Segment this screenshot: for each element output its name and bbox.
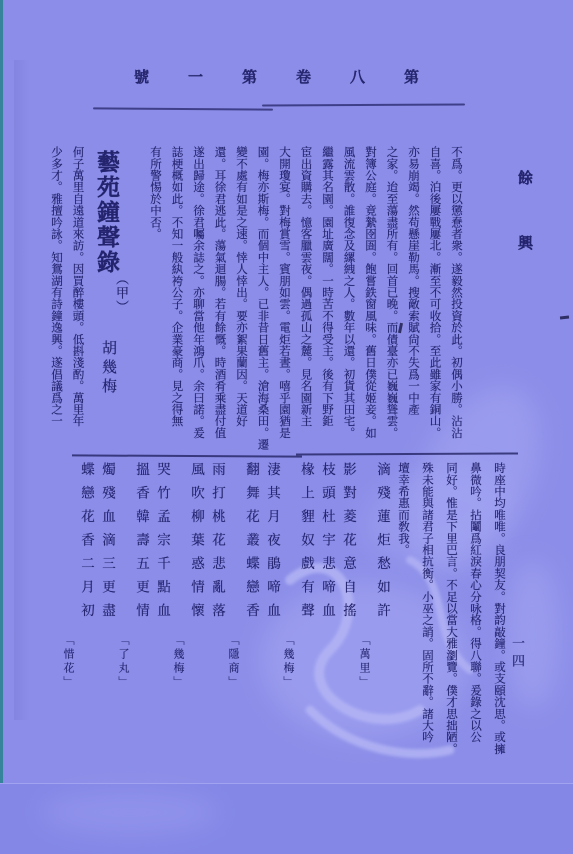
scan-speck <box>560 316 569 320</box>
paper-stain <box>505 560 560 710</box>
text-column: 之家。迨至蕩盡所有。回首已晚。而債臺亦已巍巍聳雲。 <box>381 146 403 450</box>
issue-header: 號一第卷八第 <box>134 66 458 87</box>
couplet-line: 影對菱花意自搖 <box>337 462 358 754</box>
text-column: 對簿公庭。竟縶囹圄。飽嘗鉄窗風味。舊日僕從姬妾。如 <box>360 146 382 450</box>
text-column: 時座中均唯唯。良朋契友。對韵敲鐘。或支頤沈思。或擁 <box>488 462 512 754</box>
couplet-attribution: 「幾梅」 <box>282 462 295 754</box>
text-column: 繼露其名園。園址廣闊。一時苦不得受主。後有下野鉅 <box>317 146 339 450</box>
paper-stain <box>40 790 220 835</box>
text-column: 自喜。泊後屢戰屢北。漸至不可收拾。至此雖家有銅山。 <box>424 146 446 450</box>
header-rule <box>262 103 465 106</box>
text-column: 宦出資購去。憶客臘雲夜。偶過孤山之麓。見名園新主 <box>295 146 317 450</box>
text-column: 同好。惟是下里巴言。不足以當大雅瀏覽。僕才思拙陋。 <box>440 462 464 754</box>
band-separator-rule <box>72 454 302 457</box>
text-column: 還。耳徐君逃此。蕩氣迴腸。若有餘慨。時酒肴乘盡付值 <box>209 146 231 450</box>
text-column: 遂出歸途。徐君囑余誌之。亦聊當他年鴻爪。余曰諾。爰 <box>188 146 210 450</box>
text-column: 誌梗概如此。不知一般紈袴公子。企業豪商。見之得無 <box>166 146 188 450</box>
couplet-line: 燭殘血滴三更盡 <box>96 462 117 754</box>
couplet-line: 雨打桃花悲亂落 <box>206 462 227 754</box>
text-column: 大開瓊宴。對梅賞雪。賓朋如雲。電炬若晝。嘻乎園猶是 <box>274 146 296 450</box>
article-title-part: （甲） <box>111 272 130 314</box>
text-column: 亦易崩竭。然苟懸崖勒馬。搜敵索賦尙不失爲一中產 <box>403 146 425 450</box>
couplet-line: 滴殘蓮炬愁如許 <box>371 462 392 754</box>
text-column: 鼻微吟。拈鬮爲紅淚春心分咏格。得八聯。爰錄之以公 <box>464 462 488 754</box>
couplet-line: 枝頭杜宇悲啼血 <box>316 462 337 754</box>
couplet-line: 哭竹孟宗千點血 <box>151 462 172 754</box>
couplet-attribution: 「了丸」 <box>117 462 130 754</box>
couplet-attribution: 「隱商」 <box>227 462 240 754</box>
couplet-line: 椽上貍奴戲有聲 <box>295 462 316 754</box>
text-column: 風流雲散。誰復念及縲絏之人。數年以還。初貨其田宅。 <box>338 146 360 450</box>
text-band-bottom: 時座中均唯唯。良朋契友。對韵敲鐘。或支頤沈思。或擁鼻微吟。拈鬮爲紅淚春心分咏格。… <box>47 462 512 754</box>
couplet-attribution: 「幾梅」 <box>172 462 185 754</box>
text-column: 殊未能與諸君子相抗衡。小巫之誚。固所不辭。諸大吟 <box>416 462 440 754</box>
text-column: 變不處有如是之速。悻人悻出。要亦絮果蘭因。天道好 <box>231 146 253 450</box>
text-column: 壇幸希惠而敎我。 <box>392 462 416 754</box>
text-column: 不爲。更以懲惷者衆。遂毅然投資於此。初偶小勝。沾沾 <box>446 146 468 450</box>
couplet-line: 風吹柳葉惑情懷 <box>185 462 206 754</box>
scan-edge-strip <box>0 0 3 784</box>
article-author: 胡幾梅 <box>99 340 120 397</box>
article-title: 藝苑鐘聲錄 <box>90 150 123 275</box>
couplet-attribution: 「萬里」 <box>358 462 371 754</box>
couplet-line: 淒其月夜鵑啼血 <box>261 462 282 754</box>
header-rule <box>93 107 273 110</box>
text-column: 少多才。雅擅吟詠。知鴛湖有詩鐘逸興。遂倡議爲之一 <box>46 146 68 450</box>
section-margin-label: 餘興 <box>515 170 536 300</box>
couplet-line: 翻舞花叢蝶戀香 <box>240 462 261 754</box>
couplet-line: 搵香韓壽五更情 <box>130 462 151 754</box>
couplet-line: 蝶戀花香二月初 <box>75 462 96 754</box>
text-column: 何子萬里自遠道來訪。因買醉樓頭。低斟淺酌。萬里年 <box>67 146 89 450</box>
text-column: 園。梅亦斯梅。而個中主人。已非昔日舊主。滄海桑田。遷 <box>252 146 274 450</box>
text-column: 有所警惕於中否。 <box>145 146 167 450</box>
couplet-attribution: 「惜花」 <box>62 462 75 754</box>
scanned-page: 號一第卷八第 餘興 一四 不爲。更以懲惷者衆。遂毅然投資於此。初偶小勝。沾沾自喜… <box>0 0 573 854</box>
